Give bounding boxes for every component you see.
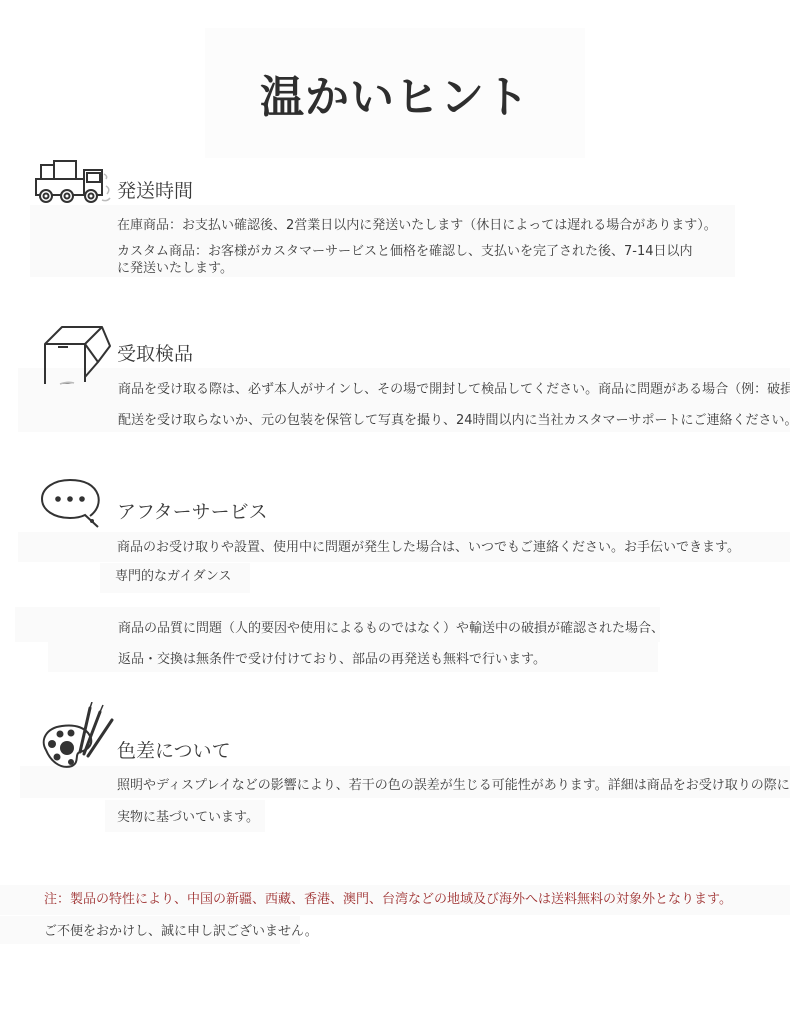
- after-sales-text-line: 商品の品質に問題（人的要因や使用によるものではなく）や輸送中の破損が確認された場…: [118, 620, 664, 637]
- shipping-text-line: に発送いたします。: [117, 260, 233, 277]
- box-icon: [40, 322, 112, 392]
- section-heading-inspection: 受取検品: [117, 339, 193, 366]
- shipping-text-line: 在庫商品：お支払い確認後、2営業日以内に発送いたします（休日によっては遅れる場合…: [117, 217, 717, 234]
- section-heading-color-difference: 色差について: [117, 736, 231, 763]
- truck-icon: [34, 160, 114, 205]
- palette-icon: [40, 702, 116, 772]
- page-title-panel: 温かいヒント: [205, 28, 585, 158]
- after-sales-guidance-label: 専門的なガイダンス: [115, 568, 231, 585]
- inspection-text-line: 商品を受け取る際は、必ず本人がサインし、その場で開封して検品してください。商品に…: [118, 381, 790, 398]
- after-sales-text-line: 商品のお受け取りや設置、使用中に問題が発生した場合は、いつでもご連絡ください。お…: [117, 539, 740, 556]
- page-title: 温かいヒント: [260, 61, 530, 125]
- apology-note: ご不便をおかけし、誠に申し訳ございません。: [44, 923, 318, 940]
- section-heading-after-sales: アフターサービス: [117, 497, 268, 524]
- shipping-exclusion-note: 注：製品の特性により、中国の新疆、西藏、香港、澳門、台湾などの地域及び海外へは送…: [44, 891, 732, 908]
- color-diff-text-line: 実物に基づいています。: [117, 809, 259, 826]
- color-diff-text-line: 照明やディスプレイなどの影響により、若干の色の誤差が生じる可能性があります。詳細…: [117, 777, 790, 794]
- chat-bubble-icon: [40, 478, 102, 530]
- after-sales-text-line: 返品・交換は無条件で受け付けており、部品の再発送も無料で行います。: [118, 651, 546, 668]
- inspection-text-line: 配送を受け取らないか、元の包装を保管して写真を撮り、24時間以内に当社カスタマー…: [118, 412, 790, 429]
- shipping-text-line: カスタム商品：お客様がカスタマーサービスと価格を確認し、支払いを完了された後、7…: [117, 243, 693, 260]
- section-heading-shipping: 発送時間: [117, 176, 193, 203]
